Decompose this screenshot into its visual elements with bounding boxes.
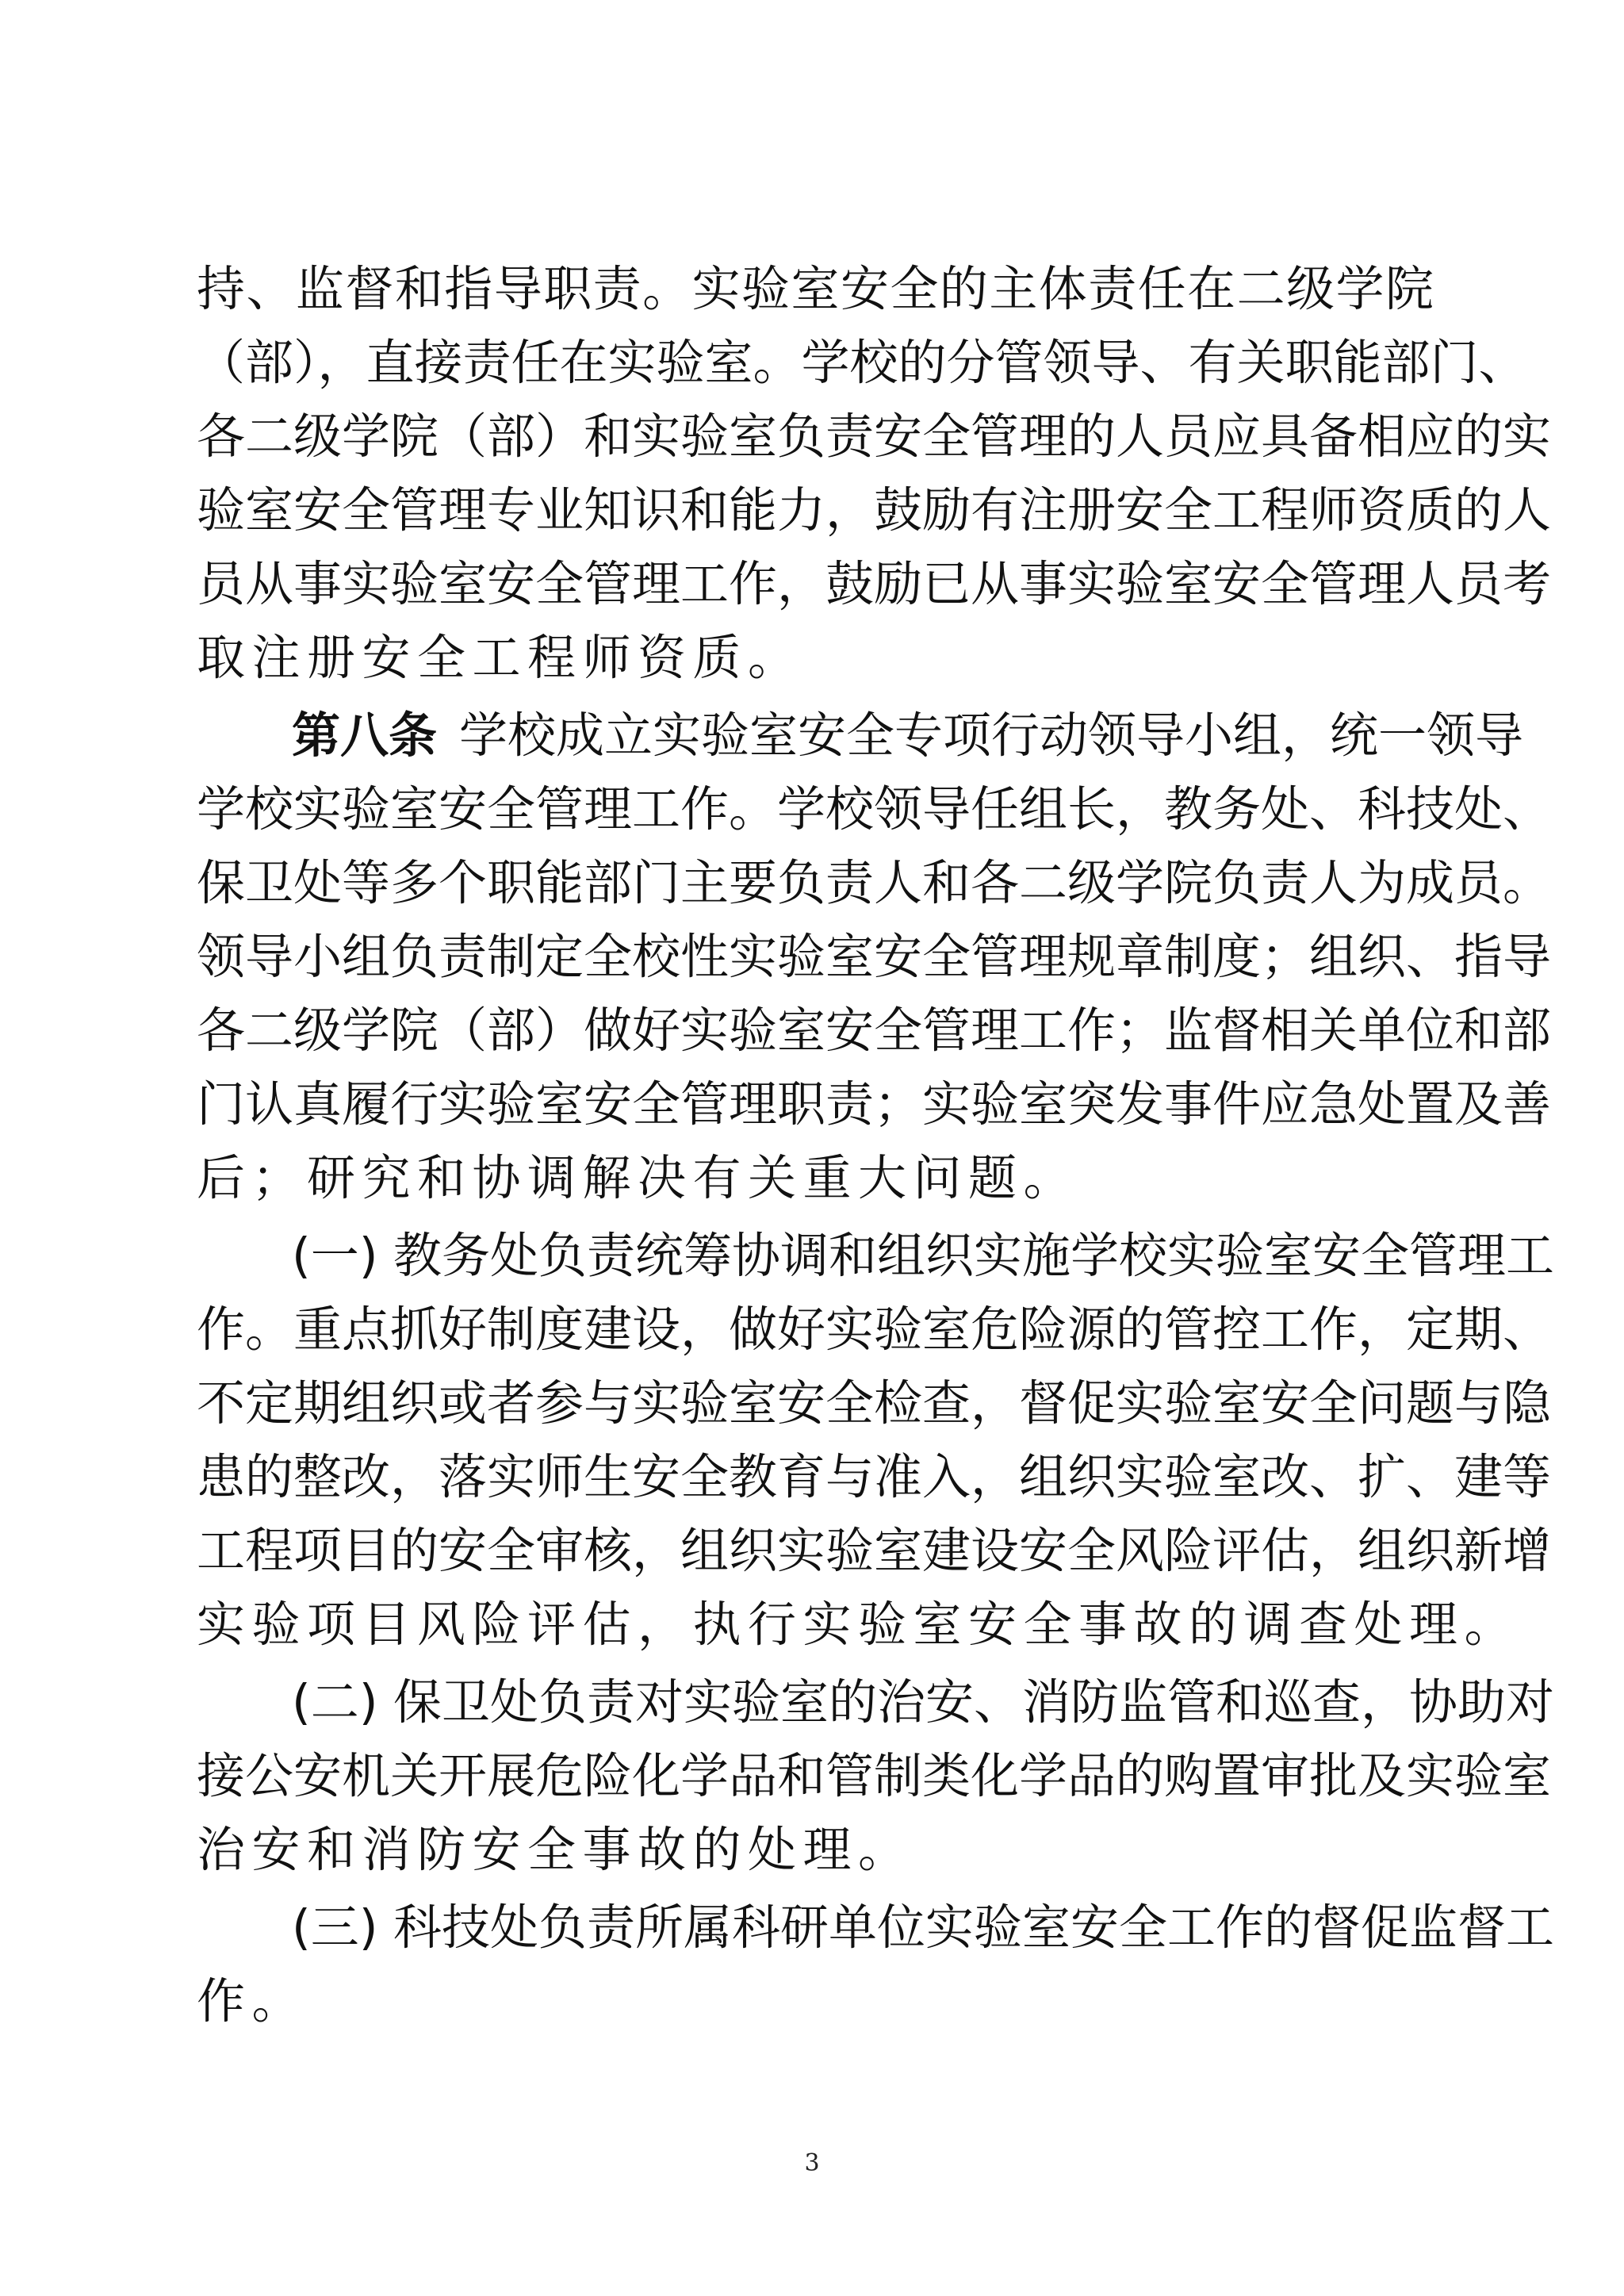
text-line: 门认真履行实验室安全管理职责；实验室突发事件应急处置及善 — [197, 1065, 1434, 1144]
text-line: 患的整改，落实师生安全教育与准入，组织实验室改、扩、建等 — [197, 1438, 1434, 1517]
text-line: （部），直接责任在实验室。学校的分管领导、有关职能部门、 — [197, 324, 1434, 403]
text-line: 实验项目风险评估，执行实验室安全事故的调查处理。 — [197, 1585, 1434, 1665]
text-line: (三) 科技处负责所属科研单位实验室安全工作的督促监督工 — [292, 1888, 1434, 1968]
text-line: 持、监督和指导职责。实验室安全的主体责任在二级学院 — [197, 250, 1434, 329]
article-heading-line: 第八条学校成立实验室安全专项行动领导小组，统一领导 — [292, 696, 1434, 776]
text-line: 作。 — [197, 1962, 1434, 2041]
article-first-line-text: 学校成立实验室安全专项行动领导小组，统一领导 — [459, 707, 1523, 764]
document-page: 持、监督和指导职责。实验室安全的主体责任在二级学院 （部），直接责任在实验室。学… — [0, 0, 1624, 2296]
page-number: 3 — [0, 2149, 1624, 2177]
text-line: 不定期组织或者参与实验室安全检查，督促实验室安全问题与隐 — [197, 1364, 1434, 1443]
text-line: 保卫处等多个职能部门主要负责人和各二级学院负责人为成员。 — [197, 844, 1434, 923]
text-line: 各二级学院（部）和实验室负责安全管理的人员应具备相应的实 — [197, 397, 1434, 477]
text-line: (一) 教务处负责统筹协调和组织实施学校实验室安全管理工 — [292, 1217, 1434, 1296]
text-line: (二) 保卫处负责对实验室的治安、消防监管和巡查，协助对 — [292, 1663, 1434, 1742]
text-line: 后；研究和协调解决有关重大问题。 — [197, 1139, 1434, 1218]
text-line: 验室安全管理专业知识和能力，鼓励有注册安全工程师资质的人 — [197, 471, 1434, 550]
text-line: 治安和消防安全事故的处理。 — [197, 1811, 1434, 1890]
text-line: 领导小组负责制定全校性实验室安全管理规章制度；组织、指导 — [197, 918, 1434, 997]
text-line: 作。重点抓好制度建设，做好实验室危险源的管控工作，定期、 — [197, 1290, 1434, 1370]
text-line: 取注册安全工程师资质。 — [197, 619, 1434, 698]
text-line: 学校实验室安全管理工作。学校领导任组长，教务处、科技处、 — [197, 770, 1434, 849]
text-line: 员从事实验室安全管理工作，鼓励已从事实验室安全管理人员考 — [197, 545, 1434, 624]
text-line: 工程项目的安全审核，组织实验室建设安全风险评估，组织新增 — [197, 1512, 1434, 1591]
text-line: 各二级学院（部）做好实验室安全管理工作；监督相关单位和部 — [197, 991, 1434, 1071]
article-heading: 第八条 — [292, 707, 437, 764]
text-line: 接公安机关开展危险化学品和管制类化学品的购置审批及实验室 — [197, 1737, 1434, 1816]
